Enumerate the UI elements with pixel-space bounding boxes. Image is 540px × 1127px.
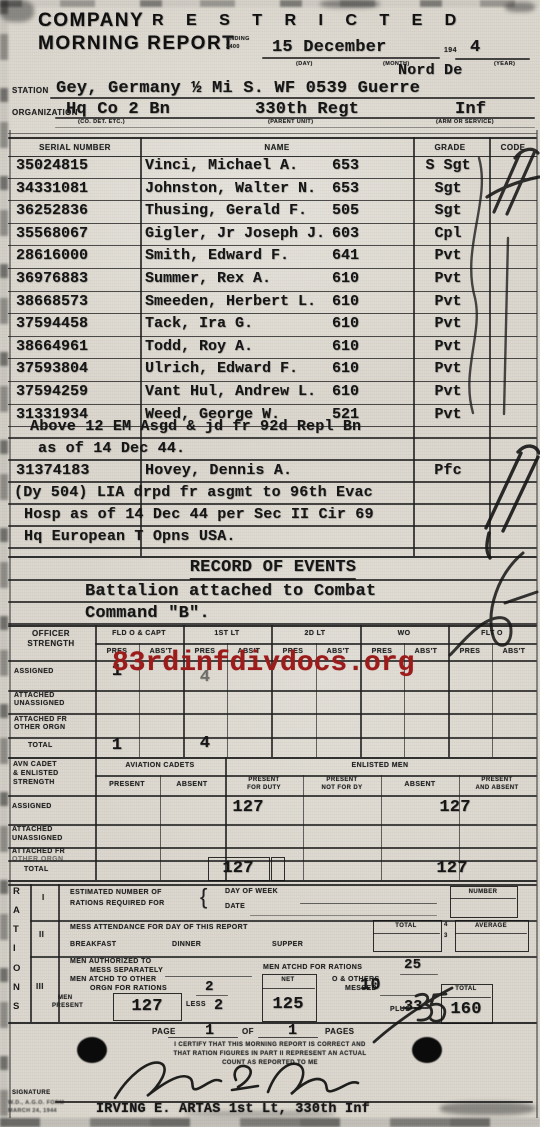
- scan-edge-left: [0, 0, 8, 1127]
- mos-number: 610: [332, 293, 359, 310]
- enlisted-total-present-for-duty: 127: [222, 859, 253, 878]
- rule-line: [8, 133, 537, 134]
- serial-number: 38668573: [16, 293, 88, 310]
- rule-line: [168, 1037, 238, 1038]
- table-row: 36976883 Summer, Rex A. 610 Pvt: [8, 269, 537, 292]
- grade: Pvt: [407, 406, 489, 423]
- rule-line: [8, 459, 537, 461]
- sub-abst: ABS'T: [503, 648, 526, 655]
- organization-unit: Hq Co 2 Bn: [66, 100, 170, 119]
- others-messed-value: 10: [360, 976, 381, 995]
- sub-abst: ABS'T: [415, 648, 438, 655]
- row-attachedfr-label1: ATTACHED FR: [14, 716, 67, 723]
- signature-typed-name: IRVING E. ARTAS 1st Lt, 330th Inf: [96, 1102, 370, 1117]
- rule-line: [8, 137, 537, 139]
- date-label: DATE: [225, 903, 245, 910]
- organization-unit-sub: (CO. DET. ETC.): [78, 119, 125, 125]
- website-watermark: 83rdinfdivdocs.org: [112, 648, 414, 679]
- grade: Cpl: [407, 225, 489, 242]
- row-attached-label1: ATTACHED: [14, 692, 55, 699]
- row-attached-label1: ATTACHED: [12, 826, 53, 833]
- serial-number: 37594458: [16, 315, 88, 332]
- grade: Pvt: [407, 383, 489, 400]
- handwritten-signature: [115, 1063, 358, 1098]
- rule-line: [8, 437, 537, 439]
- row-attachedfr-label2: OTHER ORGN: [14, 724, 65, 731]
- signature-label: SIGNATURE: [12, 1090, 51, 1096]
- grade: Pvt: [407, 270, 489, 287]
- soldier-name: Vinci, Michael A.: [145, 157, 298, 174]
- column-line: [303, 775, 304, 880]
- roster-extra-note-2: Hosp as of 14 Dec 44 per Sec II Cir 69: [24, 506, 374, 523]
- enlisted-strength-label1: AVN CADET: [13, 761, 57, 768]
- sub-present: PRESENT: [109, 781, 145, 788]
- grade: Pvt: [407, 293, 489, 310]
- rations-vertical-letter: R: [13, 886, 20, 897]
- table-row: 37594259 Vant Hul, Andrew L. 610 Pvt: [8, 382, 537, 405]
- sub-absent: ABSENT: [176, 781, 207, 788]
- form-print-line1: W.D., A.G.O. FORM: [8, 1100, 64, 1106]
- group-wo: WO: [398, 630, 411, 637]
- table-row: 34331081 Johnston, Walter N. 653 Sgt: [8, 179, 537, 202]
- mos-number: 653: [332, 180, 359, 197]
- row-attached-label2: UNASSIGNED: [14, 700, 65, 707]
- ending-time-label: 2400: [226, 44, 240, 50]
- row-total-label: TOTAL: [28, 742, 53, 749]
- row-attachedfr-label2: OTHER ORGN: [12, 856, 63, 863]
- grade: Pvt: [407, 247, 489, 264]
- mos-number: 610: [332, 360, 359, 377]
- auth-mess-label2: MESS SEPARATELY: [90, 967, 163, 974]
- men-present-value: 127: [131, 997, 162, 1016]
- column-line: [58, 884, 60, 1022]
- form-title-line1: COMPANY: [38, 10, 144, 32]
- group-aviation-cadets: AVIATION CADETS: [125, 762, 194, 769]
- section-roman-2: II: [39, 930, 44, 939]
- certify-line-2: THAT RATION FIGURES IN PART II REPRESENT…: [110, 1051, 430, 1057]
- soldier-name: Smeeden, Herbert L.: [145, 293, 316, 310]
- enlisted-assigned-present-for-duty: 127: [232, 798, 263, 817]
- soldier-name: Ulrich, Edward F.: [145, 360, 298, 377]
- grid-system-note: Nord De: [398, 62, 462, 79]
- sub-paa2: AND ABSENT: [475, 785, 518, 791]
- report-date-value: 15 December: [272, 38, 386, 57]
- net-value: 125: [272, 995, 303, 1014]
- serial-number: 35024815: [16, 157, 88, 174]
- group-flt-o: FLT O: [481, 630, 503, 637]
- plus-typed-value: 33: [404, 998, 422, 1015]
- rule-line: [300, 903, 437, 904]
- soldier-name: Smith, Edward F.: [145, 247, 289, 264]
- grade: Sgt: [407, 180, 489, 197]
- sub-absent: ABSENT: [404, 781, 435, 788]
- column-line: [360, 625, 362, 757]
- rule-line: [262, 57, 440, 59]
- scan-blotch: [0, 0, 34, 22]
- column-line: [492, 643, 493, 757]
- auth-mess-label1: MEN AUTHORIZED TO: [70, 958, 151, 965]
- rule-line: [8, 601, 537, 603]
- sub-pres: PRES: [460, 648, 481, 655]
- sub-pfd1: PRESENT: [248, 777, 279, 783]
- table-row: 35024815 Vinci, Michael A. 653 S Sgt: [8, 156, 537, 179]
- rule-line: [455, 58, 530, 60]
- soldier-name: Summer, Rex A.: [145, 270, 271, 287]
- scan-blotch: [505, 2, 535, 12]
- sub-paa1: PRESENT: [481, 777, 512, 783]
- column-line: [95, 625, 97, 757]
- scan-edge-bottom: [0, 1118, 540, 1127]
- pages-value: 1: [288, 1022, 297, 1039]
- station-label: STATION: [12, 86, 49, 95]
- serial-number: 38664961: [16, 338, 88, 355]
- year-prefix: 194: [444, 47, 457, 54]
- average-label: AVERAGE: [475, 923, 507, 929]
- row-assigned-label: ASSIGNED: [12, 803, 52, 810]
- mos-number: 610: [332, 315, 359, 332]
- organization-arm-sub: (ARM OR SERVICE): [436, 119, 494, 125]
- record-of-events-title: RECORD OF EVENTS: [190, 558, 356, 580]
- column-line: [183, 625, 185, 757]
- supper-label: SUPPER: [272, 941, 303, 948]
- atchd-other-label2: ORGN FOR RATIONS: [90, 985, 167, 992]
- group-enlisted-men: ENLISTED MEN: [352, 762, 409, 769]
- officer-total-fldo-pres: 1: [112, 736, 122, 755]
- men-label: MEN: [58, 995, 73, 1001]
- row-total-label: TOTAL: [24, 866, 49, 873]
- sub-pfd2: FOR DUTY: [247, 785, 281, 791]
- soldier-name: Johnston, Walter N.: [145, 180, 316, 197]
- classification-stamp: R E S T R I C T E D: [152, 12, 465, 30]
- rule-line: [8, 481, 537, 483]
- officer-strength-label1: OFFICER: [32, 629, 70, 638]
- grade: Sgt: [407, 202, 489, 219]
- roster-note-2: as of 14 Dec 44.: [38, 440, 185, 457]
- rule-line: [8, 525, 537, 527]
- year-label: (YEAR): [494, 61, 515, 67]
- row-attached-label2: UNASSIGNED: [12, 835, 63, 842]
- brace: {: [200, 884, 208, 910]
- table-row: 28616000 Smith, Edward F. 641 Pvt: [8, 246, 537, 269]
- section-roman-1: I: [42, 893, 45, 902]
- serial-number: 37594259: [16, 383, 88, 400]
- less-label: LESS: [186, 1001, 206, 1008]
- dinner-label: DINNER: [172, 941, 201, 948]
- certify-line-3: COUNT AS REPORTED TO ME: [110, 1060, 430, 1066]
- serial-number: 35568067: [16, 225, 88, 242]
- group-fldo-capt: FLD O & CAPT: [112, 630, 166, 637]
- row-attachedfr-label1: ATTACHED FR: [12, 848, 65, 855]
- column-line: [30, 884, 32, 1022]
- form-print-line2: MARCH 24, 1944: [8, 1108, 57, 1114]
- record-of-events-line2: Command "B".: [85, 604, 210, 623]
- atchd-other-label1: MEN ATCHD TO OTHER: [70, 976, 156, 983]
- station-value: Gey, Germany ½ Mi S. WF 0539 Guerre: [56, 79, 420, 98]
- rations-vertical-letter: S: [13, 1001, 20, 1012]
- form-title-line2: MORNING REPORT: [38, 33, 235, 55]
- enlisted-assigned-present-and-absent: 127: [439, 798, 470, 817]
- mos-number: 641: [332, 247, 359, 264]
- morning-report-document: COMPANY R E S T R I C T E D MORNING REPO…: [0, 0, 540, 1127]
- col-code: CODE: [501, 143, 526, 152]
- rule-line: [8, 795, 537, 797]
- rule-line: [400, 974, 438, 975]
- organization-arm: Inf: [455, 100, 486, 119]
- grade: Pvt: [407, 338, 489, 355]
- atchd-other-value: 2: [205, 979, 214, 995]
- rations-total-value: 160: [450, 1000, 481, 1019]
- mess-total-label: TOTAL: [395, 923, 416, 929]
- present-label: PRESENT: [52, 1003, 83, 1009]
- table-row: 38668573 Smeeden, Herbert L. 610 Pvt: [8, 292, 537, 315]
- rule-line: [196, 995, 228, 996]
- enlisted-total-present-and-absent: 127: [436, 859, 467, 878]
- col-name: NAME: [264, 143, 289, 152]
- rations-vertical-letter: N: [13, 982, 20, 993]
- rule-line: [250, 915, 437, 916]
- rule-line: [165, 976, 252, 977]
- day-of-week-label: DAY OF WEEK: [225, 888, 278, 895]
- table-row: 36252836 Thusing, Gerald F. 505 Sgt: [8, 201, 537, 224]
- soldier-name: Gigler, Jr Joseph J.: [145, 225, 325, 242]
- column-line: [381, 775, 382, 880]
- mess-attendance-label: MESS ATTENDANCE FOR DAY OF THIS REPORT: [70, 924, 248, 931]
- rule-line: [380, 995, 415, 996]
- section-roman-3: III: [36, 982, 44, 991]
- serial-number: 36252836: [16, 202, 88, 219]
- col-serial-number: SERIAL NUMBER: [39, 143, 111, 152]
- serial-number: 34331081: [16, 180, 88, 197]
- table-row: 35568067 Gigler, Jr Joseph J. 603 Cpl: [8, 224, 537, 247]
- frac-top: 4: [444, 922, 448, 928]
- soldier-name: Todd, Roy A.: [145, 338, 253, 355]
- roster-extra-note-3: Hq European T Opns USA.: [24, 528, 236, 545]
- serial-number: 37593804: [16, 360, 88, 377]
- soldier-name: Vant Hul, Andrew L.: [145, 383, 316, 400]
- rule-line: [8, 547, 537, 549]
- estimated-rations-label1: ESTIMATED NUMBER OF: [70, 889, 162, 896]
- rations-vertical-label: RATIONS: [13, 886, 20, 1012]
- column-line: [271, 625, 273, 757]
- mos-number: 603: [332, 225, 359, 242]
- atchd-rations-value: 25: [404, 957, 421, 973]
- page-label: PAGE: [152, 1027, 176, 1036]
- roster-note-1: Above 12 EM Asgd & jd fr 92d Repl Bn: [30, 418, 361, 435]
- of-label: OF: [242, 1027, 254, 1036]
- col-grade: GRADE: [435, 143, 466, 152]
- rule-line: [8, 824, 537, 826]
- enlisted-strength-label2: & ENLISTED: [13, 770, 59, 777]
- rations-total-label: TOTAL: [455, 986, 476, 992]
- page-value: 1: [205, 1022, 214, 1039]
- table-row: 37594458 Tack, Ira G. 610 Pvt: [8, 314, 537, 337]
- column-line: [95, 757, 97, 880]
- hole-punch-right: [412, 1037, 442, 1063]
- ending-label: ENDING: [226, 36, 250, 42]
- soldier-name: Hovey, Dennis A.: [145, 462, 292, 479]
- mos-number: 653: [332, 157, 359, 174]
- grade: Pfc: [434, 462, 462, 479]
- roster-rows: 35024815 Vinci, Michael A. 653 S Sgt 343…: [8, 156, 537, 427]
- soldier-name: Thusing, Gerald F.: [145, 202, 307, 219]
- illegible-print-smudge: [440, 1102, 535, 1115]
- soldier-name: Tack, Ira G.: [145, 315, 253, 332]
- serial-number: 28616000: [16, 247, 88, 264]
- sub-pnfd1: PRESENT: [326, 777, 357, 783]
- estimated-rations-label2: RATIONS REQUIRED FOR: [70, 900, 165, 907]
- rations-vertical-letter: I: [13, 943, 20, 954]
- column-line: [448, 625, 450, 757]
- row-assigned-label: ASSIGNED: [14, 668, 54, 675]
- organization-parent: 330th Regt: [255, 100, 359, 119]
- rations-vertical-letter: O: [13, 963, 20, 974]
- column-line: [160, 775, 161, 880]
- rations-vertical-letter: T: [13, 924, 20, 935]
- pages-label: PAGES: [325, 1027, 354, 1036]
- year-value: 4: [470, 38, 480, 57]
- serial-number: 31374183: [16, 462, 90, 479]
- organization-parent-sub: (PARENT UNIT): [268, 119, 313, 125]
- officer-strength-label2: STRENGTH: [27, 639, 74, 648]
- record-of-events-line1: Battalion attached to Combat: [85, 582, 376, 601]
- pen-flourish: [450, 553, 537, 655]
- mos-number: 610: [332, 383, 359, 400]
- atchd-rations-label: MEN ATCHD FOR RATIONS: [263, 964, 362, 971]
- rule-line: [8, 757, 537, 759]
- group-2d-lt: 2D LT: [305, 630, 326, 637]
- certify-line-1: I CERTIFY THAT THIS MORNING REPORT IS CO…: [110, 1042, 430, 1048]
- grade: S Sgt: [407, 157, 489, 174]
- day-label: (DAY): [296, 61, 313, 67]
- roster-extra-note-1: (Dy 504) LIA drpd fr asgmt to 96th Evac: [14, 484, 373, 501]
- mos-number: 505: [332, 202, 359, 219]
- enlisted-strength-label3: STRENGTH: [13, 779, 55, 786]
- net-label: NET: [281, 977, 294, 983]
- hole-punch-left: [77, 1037, 107, 1063]
- sub-pnfd2: NOT FOR DY: [322, 785, 363, 791]
- less-value: 2: [214, 997, 223, 1014]
- scan-edge-top: [0, 0, 540, 7]
- rule-line: [8, 847, 537, 849]
- table-row: 37593804 Ulrich, Edward F. 610 Pvt: [8, 359, 537, 382]
- officer-total-1stlt-pres: 4: [200, 734, 210, 753]
- group-1st-lt: 1ST LT: [214, 630, 239, 637]
- breakfast-label: BREAKFAST: [70, 941, 116, 948]
- rations-vertical-letter: A: [13, 905, 20, 916]
- rule-line: [8, 503, 537, 505]
- grade: Pvt: [407, 315, 489, 332]
- mos-number: 610: [332, 270, 359, 287]
- grade: Pvt: [407, 360, 489, 377]
- scan-blotch: [320, 0, 380, 8]
- frac-bottom: 3: [444, 933, 448, 939]
- mos-number: 610: [332, 338, 359, 355]
- small-empty-box: [271, 857, 285, 881]
- number-label: NUMBER: [469, 889, 498, 895]
- rule-line: [55, 127, 535, 128]
- table-row: 38664961 Todd, Roy A. 610 Pvt: [8, 337, 537, 360]
- serial-number: 36976883: [16, 270, 88, 287]
